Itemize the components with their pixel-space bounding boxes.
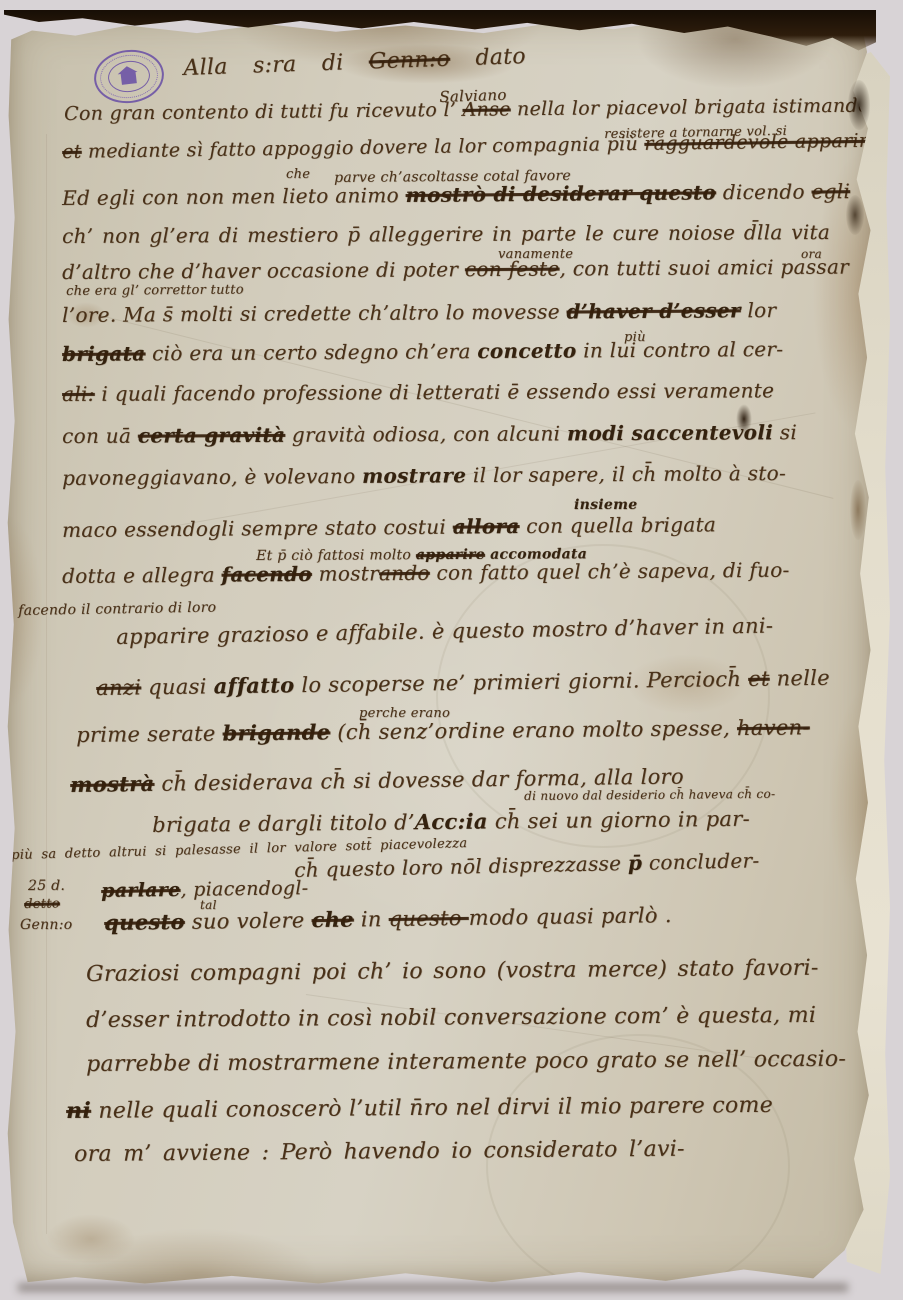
manuscript-line: pavoneggiavano, è volevano mostrare il l… bbox=[62, 461, 786, 490]
page-shadow bbox=[18, 1283, 848, 1292]
manuscript-line: l’ore. Ma s̄ molti si credette ch’altro … bbox=[62, 298, 776, 327]
handwritten-text: Graziosi compagni poi ch’ io sono (vostr… bbox=[86, 956, 819, 987]
handwritten-text: nelle bbox=[769, 666, 830, 691]
handwritten-text: suo volere bbox=[185, 908, 312, 934]
stamp-building-icon bbox=[121, 71, 137, 85]
handwritten-text: nella lor piacevol brigata istimando bbox=[511, 95, 870, 121]
handwritten-text: nelle quali conoscerò l’util n̄ro nel di… bbox=[91, 1093, 773, 1124]
handwritten-text: con quella brigata bbox=[519, 512, 716, 538]
handwritten-text: s:ra bbox=[253, 52, 297, 79]
manuscript-line: anzi quasi affatto lo scoperse ne’ primi… bbox=[96, 665, 830, 700]
handwritten-text: ora m’ avviene : Però havendo io conside… bbox=[74, 1137, 685, 1167]
manuscript-line: che era gl’ correttor tutto bbox=[66, 282, 244, 299]
stain bbox=[436, 544, 770, 848]
handwritten-text: parrebbe di mostrarmene interamente poco… bbox=[86, 1047, 846, 1077]
struck-text: detto bbox=[24, 896, 60, 912]
manuscript-line: Con gran contento di tutti fu ricevuto l… bbox=[64, 95, 870, 125]
handwritten-text: di nuovo dal desiderio ch̄ haveva ch̄ co… bbox=[524, 787, 775, 803]
struck-text: brigata bbox=[62, 341, 146, 366]
manuscript-line: Ed egli con non men lieto animo mostrò d… bbox=[62, 179, 850, 210]
handwritten-text: che era gl’ correttor tutto bbox=[66, 282, 244, 299]
handwritten-text: (ch̄ senz’ordine erano molto spesse, bbox=[330, 716, 737, 744]
struck-text: Anse bbox=[462, 98, 510, 121]
struck-text: haven- bbox=[737, 715, 810, 740]
handwritten-text: d’esser introdotto in così nobil convers… bbox=[86, 1003, 816, 1033]
manuscript-line: Genn:o bbox=[20, 917, 72, 933]
manuscript-line: detto bbox=[24, 896, 60, 912]
struck-text: mostrò di desiderar questo bbox=[405, 180, 716, 207]
handwritten-text: Alla bbox=[183, 54, 253, 81]
manuscript-line: d’esser introdotto in così nobil convers… bbox=[86, 1003, 816, 1033]
struck-text: Genn:o bbox=[368, 47, 450, 75]
handwritten-text: Acc:ia bbox=[415, 808, 488, 834]
struck-text: con feste bbox=[465, 257, 560, 282]
handwritten-text: mostrare bbox=[362, 463, 466, 488]
struck-text: brigande bbox=[222, 719, 330, 745]
handwritten-text: Ed egli con non men lieto animo bbox=[62, 183, 406, 210]
manuscript-line: 25 d. bbox=[28, 878, 65, 894]
struck-text: facendo bbox=[221, 562, 312, 587]
handwritten-text: ciò era un certo sdegno ch’era bbox=[145, 339, 477, 365]
handwritten-text: affatto bbox=[213, 672, 294, 698]
handwritten-text: in lui contro al cer- bbox=[576, 337, 783, 362]
handwritten-text: con fatto quel ch’è sapeva, di fuo- bbox=[430, 558, 790, 585]
scratch-line bbox=[46, 134, 47, 1234]
handwritten-text: pavoneggiavano, è volevano bbox=[62, 464, 362, 490]
struck-text: d’haver d’esser bbox=[566, 298, 740, 323]
handwritten-text: facendo il contrario di loro bbox=[18, 600, 216, 619]
handwritten-text: in bbox=[354, 907, 389, 931]
handwritten-text: ch̄ sei un giorno in par- bbox=[488, 807, 750, 834]
manuscript-line: et mediante sì fatto appoggio dovere la … bbox=[62, 130, 880, 163]
manuscript-line: ch’ non gl’era di mestiero p̄ alleggerir… bbox=[62, 220, 830, 248]
handwritten-text: concetto bbox=[477, 338, 576, 363]
manuscript-line: facendo il contrario di loro bbox=[18, 600, 216, 619]
struck-text: parlare bbox=[101, 879, 181, 902]
handwritten-text: che bbox=[286, 167, 310, 182]
handwritten-text: l’ore. Ma s̄ molti si credette ch’altro … bbox=[62, 299, 567, 327]
manuscript-line: questo suo volere che in questo modo qua… bbox=[104, 902, 672, 935]
struck-text: ragguardevole apparire bbox=[644, 130, 880, 155]
manuscript-line: ni nelle quali conoscerò l’util n̄ro nel… bbox=[66, 1092, 773, 1124]
handwritten-text: , con tutti suoi amici passar bbox=[559, 255, 849, 281]
handwritten-text: di bbox=[296, 50, 369, 78]
struck-text: mostrà bbox=[70, 771, 155, 797]
handwritten-text: concluder- bbox=[642, 848, 760, 874]
handwritten-text: lor bbox=[741, 298, 777, 322]
handwritten-text: ch̄ questo loro nōl disprezzasse bbox=[294, 851, 628, 882]
handwritten-text: d’altro che d’haver occasione di poter bbox=[62, 257, 465, 284]
handwritten-text: lo scoperse ne’ primieri giorni. Percioc… bbox=[294, 667, 748, 697]
handwritten-text: brigata e dargli titolo d’ bbox=[152, 810, 415, 837]
handwritten-text: mostr bbox=[312, 561, 379, 586]
manuscript-page: Alla s:ra di Genn:o datoSalvianoCon gran… bbox=[6, 14, 874, 1286]
handwritten-text: si bbox=[773, 420, 797, 444]
struck-text: ali: bbox=[62, 382, 95, 406]
struck-text: et bbox=[748, 667, 770, 691]
manuscript-line: apparire grazioso e affabile. è questo m… bbox=[116, 614, 773, 649]
handwritten-text: con uā bbox=[62, 424, 138, 448]
struck-text: anzi bbox=[96, 675, 141, 700]
manuscript-line: che bbox=[286, 167, 310, 182]
torn-edge-blot bbox=[846, 195, 864, 235]
handwritten-text: 25 d. bbox=[28, 878, 65, 894]
handwritten-text: dato bbox=[450, 44, 527, 72]
handwritten-text: modi saccentevoli bbox=[567, 420, 773, 445]
handwritten-text: prime serate bbox=[76, 721, 223, 747]
struck-text: et bbox=[62, 141, 82, 163]
struck-text: ando bbox=[379, 561, 430, 585]
manuscript-line: maco essendogli sempre stato costui allo… bbox=[62, 512, 716, 542]
struck-text: che bbox=[311, 907, 354, 933]
handwritten-text: insieme bbox=[574, 497, 637, 513]
handwritten-text: i quali facendo professione di letterati… bbox=[95, 378, 775, 406]
handwritten-text: modo quasi parlò . bbox=[468, 903, 671, 930]
manuscript-line: prime serate brigande (ch̄ senz’ordine e… bbox=[76, 714, 810, 747]
struck-text: questo bbox=[104, 909, 185, 935]
manuscript-line: insieme bbox=[574, 497, 637, 513]
library-stamp-icon bbox=[91, 46, 167, 107]
handwritten-text: il lor sapere, il ch̄ molto à sto- bbox=[466, 461, 786, 487]
manuscript-line: di nuovo dal desiderio ch̄ haveva ch̄ co… bbox=[524, 787, 775, 803]
struck-text: allora bbox=[453, 514, 520, 539]
struck-text: certa gravità bbox=[138, 423, 286, 448]
manuscript-line: brigata e dargli titolo d’Acc:ia ch̄ sei… bbox=[152, 806, 750, 837]
handwritten-text: Genn:o bbox=[20, 917, 72, 933]
handwritten-text: mediante sì fatto appoggio dovere la lor… bbox=[81, 133, 644, 163]
manuscript-line: Graziosi compagni poi ch’ io sono (vostr… bbox=[86, 956, 819, 987]
stain bbox=[46, 1214, 136, 1264]
manuscript-line: Alla s:ra di Genn:o dato bbox=[183, 44, 526, 81]
struck-text: ni bbox=[66, 1098, 91, 1124]
handwritten-text: dicendo bbox=[716, 179, 812, 204]
torn-edge-blot bbox=[850, 480, 866, 540]
handwritten-text: p̄ bbox=[628, 851, 643, 875]
torn-edge-blot bbox=[848, 80, 870, 130]
handwritten-text: gravità odiosa, con alcuni bbox=[285, 421, 567, 446]
struck-text: egli bbox=[811, 179, 850, 203]
handwritten-text: dotta e allegra bbox=[62, 563, 222, 588]
handwritten-text: ch’ non gl’era di mestiero p̄ alleggerir… bbox=[62, 220, 830, 248]
manuscript-line: parrebbe di mostrarmene interamente poco… bbox=[86, 1047, 846, 1077]
manuscript-line: brigata ciò era un certo sdegno ch’era c… bbox=[62, 337, 783, 366]
handwritten-text: maco essendogli sempre stato costui bbox=[62, 515, 453, 542]
manuscript-line: ora m’ avviene : Però havendo io conside… bbox=[74, 1137, 685, 1167]
manuscript-photo: Alla s:ra di Genn:o datoSalvianoCon gran… bbox=[0, 0, 903, 1300]
manuscript-line: con uā certa gravità gravità odiosa, con… bbox=[62, 420, 797, 448]
struck-text: questo bbox=[388, 906, 468, 931]
handwritten-text: quasi bbox=[141, 674, 214, 699]
manuscript-line: d’altro che d’haver occasione di poter c… bbox=[62, 255, 849, 284]
handwritten-text: apparire grazioso e affabile. è questo m… bbox=[116, 614, 773, 649]
manuscript-line: ali: i quali facendo professione di lett… bbox=[62, 378, 774, 406]
manuscript-line: dotta e allegra facendo mostrando con fa… bbox=[62, 558, 790, 588]
